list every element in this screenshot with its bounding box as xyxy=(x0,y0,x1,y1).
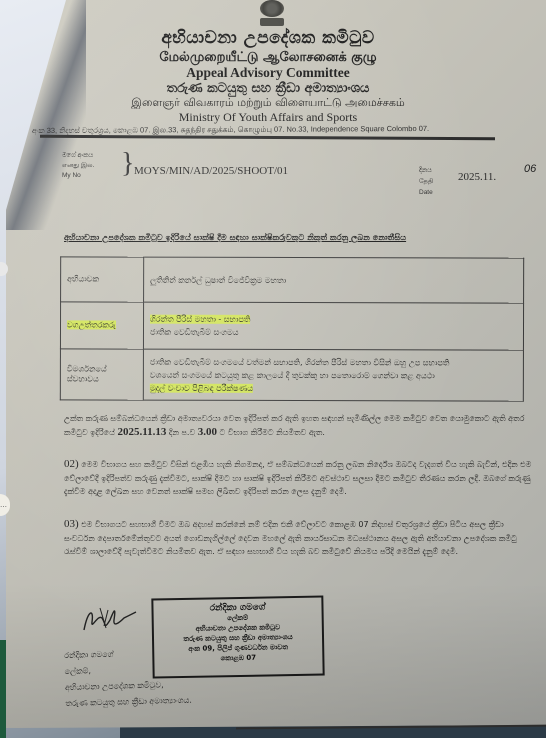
signatory-ministry: තරුණ කටයුතු සහ ක්‍රීඩා අමාත්‍යාංශය. xyxy=(65,693,192,712)
table-label: වගඋත්තරකරු xyxy=(60,302,143,349)
table-value: ජාතික වෙඩිතැබීම් සංගමයේ වත්මන් සභාපති, ශ… xyxy=(143,349,523,401)
table-value: ලුතිනින් කර්නල් ධුෂාන් විජේවික්‍රම මහතා xyxy=(144,257,524,303)
reference-labels: මගේ අංකය எனது இல. My No xyxy=(62,151,94,181)
committee-title-sinhala: අභියාචනා උපදේශක කමිටුව xyxy=(0,28,538,48)
ministry-name-sinhala: තරුණ කටයුතු සහ ක්‍රීඩා අමාත්‍යාංශය xyxy=(0,81,538,96)
reference-number: MOYS/MIN/AD/2025/SHOOT/01 xyxy=(134,165,288,177)
case-details-table: අභියාචක ලුතිනින් කර්නල් ධුෂාන් විජේවික්‍… xyxy=(60,256,524,401)
hearing-time: 3.00 xyxy=(198,426,217,438)
reference-brace: } xyxy=(121,150,134,178)
date-label-english: Date xyxy=(419,187,433,198)
reference-label-tamil: எனது இல. xyxy=(62,161,94,171)
table-row-respondent: වගඋත්තරකරු ශිරන්ත පීරිස් මහතා - සභාපති ජ… xyxy=(60,302,523,350)
date-label-sinhala: දිනය xyxy=(419,165,433,176)
committee-title-tamil: மேல்முறையீட்டு ஆலோசனைக் குழு xyxy=(0,50,538,66)
date-value: 2025.11. xyxy=(458,171,496,183)
letterhead-divider xyxy=(40,135,495,140)
table-value: ශිරන්ත පීරිස් මහතා - සභාපති ජාතික වෙඩිතැ… xyxy=(143,302,523,350)
table-label: අභියාචක xyxy=(61,257,144,302)
reference-label-english: My No xyxy=(62,171,94,181)
table-row-nature-of-inquiry: විමර්ශනයේ ස්වභාවය ජාතික වෙඩිතැබීම් සංගමය… xyxy=(60,349,523,401)
table-label: විමර්ශනයේ ස්වභාවය xyxy=(60,349,143,400)
paragraph-3: 03) එම විභාගයට සහභාගී වීමට ඔබ අදහස් කරන්… xyxy=(64,518,532,559)
ministry-name-english: Ministry Of Youth Affairs and Sports xyxy=(0,110,538,125)
background-green-edge xyxy=(0,640,6,738)
signatory-block: රන්දිකා ගමගේ ලේකම්, අභියාචනා උපදේශක කමිට… xyxy=(64,645,192,712)
date-label-tamil: தேதி xyxy=(419,176,433,187)
table-row-appellant: අභියාචක ලුතිනින් කර්නල් ධුෂාන් විජේවික්‍… xyxy=(61,257,524,303)
date-labels: දිනය தேதி Date xyxy=(419,165,433,198)
paragraph-1: උක්ත කරුණ සම්බන්ධයෙන් ක්‍රීඩා අමාත්‍යවරය… xyxy=(64,412,532,439)
letter-page: අභියාචනා උපදේශක කමිටුව மேல்முறையீட்டு ஆல… xyxy=(6,0,546,728)
handwritten-signature xyxy=(80,600,140,640)
paragraph-2: 02) මෙම විභාගය සහ කමිටුව විසින් එළඹිය හැ… xyxy=(64,458,532,499)
reference-label-sinhala: මගේ අංකය xyxy=(62,151,94,161)
date-handwritten-day: 06 xyxy=(524,163,536,175)
ministry-name-tamil: இளைஞர் விவகாரம் மற்றும் விளையாட்டு அமைச்… xyxy=(0,96,538,111)
hearing-date: 2025.11.13 xyxy=(117,426,166,438)
government-emblem-icon xyxy=(255,0,289,26)
committee-title-english: Appeal Advisory Committee xyxy=(0,65,538,81)
notice-subject: අභියාචනා උපදේශක කමිටුව ඉදිරියේ සාක්ෂි දී… xyxy=(64,232,406,243)
